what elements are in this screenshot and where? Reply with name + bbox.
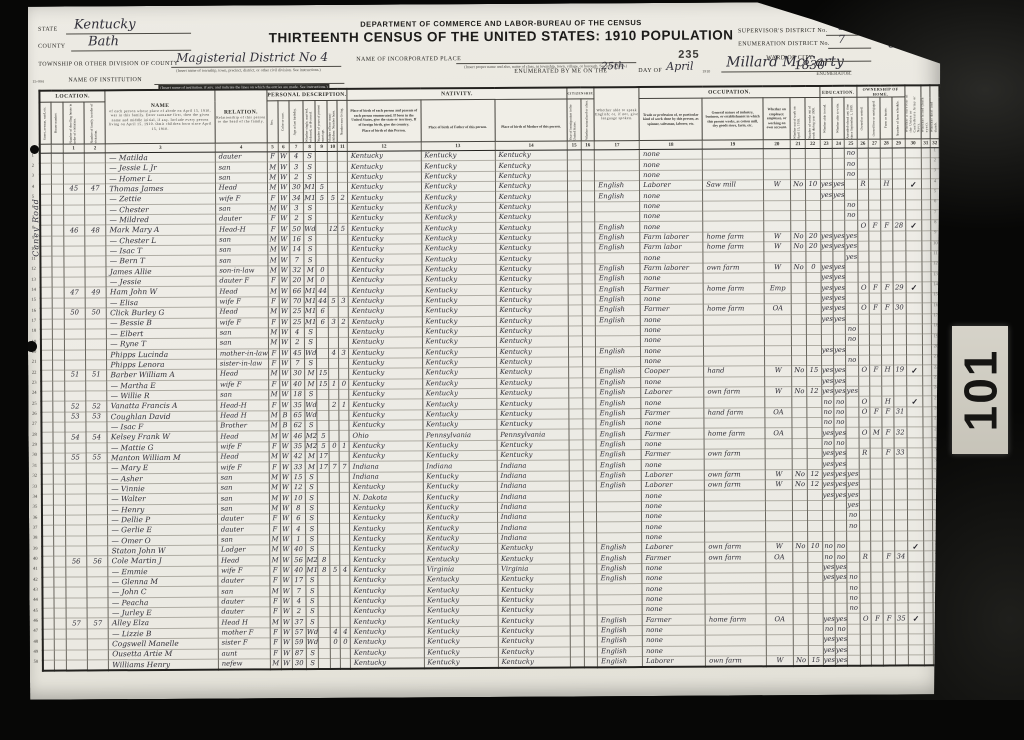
cell-employer [765, 511, 793, 522]
cell-owned-free [871, 531, 883, 541]
cell-color: W [280, 555, 291, 565]
cell-dwelling [63, 215, 84, 225]
cell-age: 66 [290, 286, 305, 296]
cell-name: — Elbert [107, 328, 217, 339]
cell-color: W [279, 379, 290, 389]
cell-language: English [596, 429, 641, 440]
line-number: 48 [30, 636, 42, 646]
cell-employer: OA [765, 407, 793, 418]
cell-pob-mother: Kentucky [496, 398, 568, 409]
cell-deaf [931, 344, 941, 354]
cell-pob-mother: Kentucky [496, 336, 568, 347]
col-age: Age at last birthday. [288, 101, 303, 143]
cell-street [43, 608, 55, 618]
cell-language: English [596, 315, 641, 326]
cell-read: yes [821, 304, 833, 314]
cell-children-born [328, 172, 338, 182]
cell-write: yes [834, 469, 846, 479]
cell-street [41, 412, 53, 422]
cell-trade: Farmer [641, 428, 704, 439]
cell-blind [922, 303, 931, 313]
cell-name: — Chester [106, 204, 216, 215]
cell-veteran: ✓ [907, 541, 924, 551]
cell-color: W [281, 659, 292, 669]
cell-pob: Kentucky [348, 203, 422, 214]
cell-trade: none [641, 397, 704, 408]
cell-marital: S [305, 389, 317, 399]
supervisor-rule [826, 34, 871, 36]
cell-language: English [596, 346, 641, 357]
cell-deaf [931, 220, 941, 230]
cell-trade: Laborer [642, 542, 705, 553]
cell-farm-schedule [892, 179, 905, 189]
cell-employer [766, 645, 794, 656]
cell-naturalized [581, 212, 595, 222]
cell-house [53, 350, 65, 360]
cell-farm-schedule [894, 469, 907, 479]
cell-years-married [317, 348, 329, 358]
cell-deaf [933, 551, 943, 561]
cell-street [40, 246, 52, 256]
cell-out-of-work [792, 376, 807, 386]
cell-industry: own farm [704, 449, 765, 460]
cell-marital: S [306, 607, 318, 617]
cell-owned-rented [859, 489, 871, 499]
cell-pob-father: Pennsylvania [422, 430, 496, 441]
cell-sex: M [269, 390, 280, 400]
cell-name: — Mildred [106, 214, 216, 225]
cell-owned-free [869, 189, 881, 199]
cell-pob-father: Kentucky [423, 440, 497, 451]
cell-weeks-out [807, 417, 822, 427]
cell-years-married: 6 [317, 307, 329, 317]
cell-relation: son-in-law [216, 266, 268, 277]
cell-pob-mother: Indiana [497, 491, 569, 502]
cell-name: — Willie R [107, 390, 217, 401]
cell-pob-father: Virginia [423, 564, 497, 575]
column-number: 14 [495, 141, 567, 150]
cell-immigration [570, 564, 584, 574]
cell-age: 70 [290, 296, 305, 306]
cell-children-living [340, 534, 350, 544]
cell-name: Kelsey Frank W [107, 431, 217, 442]
cell-sex: M [270, 586, 281, 596]
cell-farm-house [882, 376, 894, 386]
cell-weeks-out [808, 604, 823, 614]
cell-weeks-out: 15 [808, 655, 823, 665]
cell-language [597, 594, 642, 605]
cell-school: no [847, 593, 859, 603]
cell-street [41, 350, 53, 360]
cell-employer: OA [766, 552, 794, 563]
cell-immigration [570, 657, 584, 667]
cell-farm-schedule: 33 [894, 448, 907, 458]
cell-dwelling [63, 205, 84, 215]
cell-children-living [339, 306, 349, 316]
cell-blind [922, 313, 931, 323]
cell-pob-father: Kentucky [421, 150, 495, 161]
cell-street [42, 546, 54, 556]
cell-years-married [318, 503, 330, 513]
cell-house [52, 225, 64, 235]
cell-pob-father: Kentucky [422, 326, 496, 337]
cell-language: English [595, 274, 640, 285]
cell-street [42, 567, 54, 577]
cell-veteran [905, 200, 922, 210]
cell-street [40, 257, 52, 267]
institution-label: NAME OF INSTITUTION [68, 77, 142, 83]
cell-farm-schedule: 19 [893, 365, 906, 375]
cell-house [54, 639, 66, 649]
cell-read: yes [822, 469, 834, 479]
cell-blind [923, 417, 932, 427]
cell-years-married: 17 [318, 462, 330, 472]
cell-out-of-work: No [792, 366, 807, 376]
cell-farm-house [882, 438, 894, 448]
cell-trade: none [642, 573, 705, 584]
cell-weeks-out [807, 428, 822, 438]
cell-blind [924, 572, 933, 582]
cell-name: — Mary E [108, 462, 218, 473]
cell-school [848, 634, 860, 644]
cell-owned-free [871, 603, 883, 613]
cell-age: 35 [291, 441, 306, 451]
line-number: 22 [28, 367, 40, 377]
cell-family [86, 463, 107, 473]
cell-family: 48 [85, 225, 106, 235]
cell-relation: san [217, 472, 269, 483]
cell-street [42, 577, 54, 587]
cell-industry [704, 376, 765, 387]
cell-sex: M [269, 493, 280, 503]
cell-farm-house [882, 334, 894, 344]
cell-pob-father: Kentucky [423, 492, 497, 503]
cell-read: no [821, 397, 833, 407]
cell-deaf [932, 510, 942, 520]
supervisor-district-value: 8 [838, 20, 845, 33]
cell-employer [764, 221, 792, 232]
cell-children-born: 3 [329, 317, 339, 327]
cell-marital: S [306, 493, 318, 503]
cell-sex: M [268, 203, 279, 213]
cell-owned-rented: O [858, 303, 870, 313]
state-value: Kentucky [74, 17, 136, 32]
film-edge-left [0, 0, 28, 740]
cell-pob: Kentucky [349, 399, 423, 410]
cell-blind [922, 272, 931, 282]
cell-read [820, 169, 832, 179]
cell-dwelling [65, 494, 86, 504]
cell-read: yes [820, 231, 832, 241]
cell-write: yes [833, 241, 845, 251]
cell-pob-mother: Kentucky [496, 253, 568, 264]
cell-school [846, 293, 858, 303]
cell-street [42, 463, 54, 473]
cell-marital: Wd [304, 224, 316, 234]
cell-school [845, 262, 857, 272]
cell-owned-free [870, 314, 882, 324]
cell-owned-rented [859, 531, 871, 541]
cell-sex: M [268, 255, 279, 265]
cell-language [596, 336, 641, 347]
cell-blind [922, 199, 931, 209]
cell-owned-free [871, 572, 883, 582]
cell-weeks-out [806, 304, 821, 314]
cell-years-married: 5 [316, 193, 328, 203]
cell-color: W [279, 359, 290, 369]
cell-read [820, 159, 832, 169]
cell-naturalized [582, 357, 596, 367]
cell-blind [923, 365, 932, 375]
cell-family [86, 473, 107, 483]
cell-out-of-work: No [793, 542, 808, 552]
cell-name: — Henry [108, 504, 218, 515]
cell-farm-schedule [894, 458, 907, 468]
cell-language: English [597, 563, 642, 574]
cell-house [54, 629, 66, 639]
cell-deaf [931, 251, 941, 261]
cell-sex: F [270, 638, 281, 648]
column-number: 1 [63, 144, 84, 153]
cell-weeks-out: 15 [807, 366, 822, 376]
cell-street [41, 298, 53, 308]
col-sex: Sex. [267, 101, 278, 143]
cell-color: W [279, 348, 290, 358]
cell-street [41, 401, 53, 411]
cell-pob: Kentucky [349, 482, 423, 493]
cell-sex: F [268, 224, 279, 234]
cell-age: 25 [290, 317, 305, 327]
cell-trade: none [642, 646, 705, 657]
cell-pob-mother: Kentucky [497, 450, 569, 461]
cell-trade: Farmer [640, 284, 703, 295]
cell-employer [764, 314, 792, 325]
cell-trade: none [642, 604, 705, 615]
cell-marital: S [303, 152, 315, 162]
cell-marital: M [305, 451, 317, 461]
line-number: 28 [28, 429, 40, 439]
cell-farm-house [880, 158, 892, 168]
cell-years-married [319, 607, 331, 617]
cell-family [85, 298, 106, 308]
cell-sex: F [268, 276, 279, 286]
cell-pob: Kentucky [350, 606, 424, 617]
cell-read [822, 531, 834, 541]
cell-naturalized [582, 264, 596, 274]
cell-house [53, 360, 65, 370]
cell-write: yes [834, 386, 846, 396]
cell-industry [705, 500, 766, 511]
cell-pob-father: Kentucky [421, 233, 495, 244]
cell-street [40, 153, 52, 163]
cell-years-married [319, 658, 331, 668]
cell-employer [765, 376, 793, 387]
cell-marital: S [306, 545, 318, 555]
cell-children-born [330, 544, 340, 554]
cell-house [54, 536, 66, 546]
cell-veteran [907, 572, 924, 582]
cell-employer: OA [766, 614, 794, 625]
cell-house [54, 619, 66, 629]
cell-family [87, 515, 108, 525]
cell-school [846, 417, 858, 427]
group-personal: PERSONAL DESCRIPTION. [267, 89, 347, 101]
cell-out-of-work [791, 169, 806, 179]
cell-blind [924, 510, 933, 520]
cell-trade: none [642, 511, 705, 522]
cell-farm-house [881, 200, 893, 210]
cell-relation: dauter [218, 597, 270, 608]
cell-owned-free [872, 645, 884, 655]
cell-relation: san [216, 328, 268, 339]
cell-owned-free [870, 334, 882, 344]
cell-write: no [835, 541, 847, 551]
cell-house [53, 463, 65, 473]
cell-marital: S [304, 203, 316, 213]
cell-veteran [906, 344, 923, 354]
cell-industry [703, 273, 764, 284]
enumerator-label: ENUMERATOR. [816, 72, 851, 77]
cell-house [52, 194, 64, 204]
cell-pob-father: Kentucky [424, 616, 498, 627]
cell-age: 15 [291, 472, 306, 482]
enumerated-month: April [666, 60, 693, 73]
cell-relation: san [216, 235, 268, 246]
cell-employer [765, 500, 793, 511]
cell-blind [924, 593, 933, 603]
cell-years-married: 44 [317, 296, 329, 306]
cell-children-living [338, 182, 348, 192]
column-number: 13 [421, 141, 495, 150]
cell-industry: hand [704, 366, 765, 377]
cell-children-born [330, 555, 340, 565]
cell-trade: Farm laborer [640, 232, 703, 243]
cell-sex: F [267, 193, 278, 203]
cell-color: B [280, 410, 291, 420]
cell-weeks-out [807, 345, 822, 355]
cell-school: no [845, 210, 857, 220]
cell-marital: S [305, 358, 317, 368]
cell-children-born [331, 658, 341, 668]
cell-children-living [340, 575, 350, 585]
cell-street [41, 370, 53, 380]
cell-relation: Head [216, 307, 268, 318]
cell-children-born [330, 607, 340, 617]
cell-deaf [932, 499, 942, 509]
cell-employer: W [764, 262, 792, 273]
cell-immigration [569, 440, 583, 450]
cell-trade: none [641, 356, 704, 367]
cell-veteran [908, 655, 925, 665]
cell-pob: Indiana [349, 461, 423, 472]
cell-write [835, 583, 847, 593]
cell-farm-schedule [894, 500, 907, 510]
cell-family: 47 [85, 184, 106, 194]
cell-farm-house [881, 314, 893, 324]
state-label: STATE [38, 27, 58, 33]
cell-farm-house [881, 231, 893, 241]
cell-out-of-work [791, 221, 806, 231]
enumeration-rule [828, 47, 871, 49]
column-number: 15 [567, 141, 581, 150]
cell-children-born: 0 [329, 441, 339, 451]
cell-employer [765, 397, 793, 408]
cell-age: 1 [291, 534, 306, 544]
cell-pob: Kentucky [350, 523, 424, 534]
cell-name: Cogswell Manelle [109, 638, 219, 649]
cell-farm-house [883, 572, 895, 582]
col-veteran: Whether a survivor of the Union or Confe… [904, 85, 921, 139]
cell-veteran [905, 189, 922, 199]
column-number: 9 [316, 142, 328, 151]
cell-relation: wife F [217, 462, 269, 473]
cell-write [834, 355, 846, 365]
cell-owned-free [872, 655, 884, 665]
cell-years-married [316, 162, 328, 172]
cell-street [40, 205, 52, 215]
cell-sex: F [268, 348, 279, 358]
cell-immigration [568, 253, 582, 263]
cell-immigration [569, 346, 583, 356]
cell-years-married [316, 172, 328, 182]
cell-marital: S [303, 162, 315, 172]
cell-read: yes [823, 562, 835, 572]
cell-years-married [317, 389, 329, 399]
cell-industry [705, 583, 766, 594]
cell-street [40, 163, 52, 173]
cell-school [847, 459, 859, 469]
col-owned-free: Owned free or mortgaged. [868, 97, 880, 139]
cell-color: W [279, 255, 290, 265]
cell-pob-mother: Kentucky [496, 274, 568, 285]
cell-naturalized [583, 553, 597, 563]
col-children-living: Number now living. [337, 100, 347, 142]
cell-marital: M1 [304, 183, 316, 193]
film-reel-number: 101 [953, 349, 1007, 432]
cell-veteran [908, 644, 925, 654]
cell-name: Click Burley G [107, 307, 217, 318]
cell-out-of-work [792, 397, 807, 407]
cell-owned-free [871, 541, 883, 551]
cell-relation: san [216, 338, 268, 349]
cell-weeks-out [806, 211, 821, 221]
cell-industry [703, 190, 764, 201]
cell-immigration [569, 491, 583, 501]
cell-color: W [279, 369, 290, 379]
cell-immigration [569, 408, 583, 418]
cell-relation: dauter [215, 152, 267, 163]
cell-house [54, 598, 66, 608]
cell-street [42, 588, 54, 598]
col-immigration: Year of immigration to the United States… [567, 99, 581, 141]
cell-children-living [340, 524, 350, 534]
cell-owned-free [871, 510, 883, 520]
cell-out-of-work [792, 449, 807, 459]
cell-out-of-work [791, 252, 806, 262]
cell-age: 2 [290, 338, 305, 348]
cell-farm-schedule [892, 148, 905, 158]
cell-street [42, 557, 54, 567]
cell-relation: Lodger [217, 545, 269, 556]
cell-farm-schedule: 28 [893, 220, 906, 230]
cell-read: yes [823, 655, 835, 665]
cell-farm-schedule [893, 344, 906, 354]
cell-pob-mother: Kentucky [497, 419, 569, 430]
cell-pob: Kentucky [348, 285, 422, 296]
cell-employer: W [764, 366, 792, 377]
cell-pob-mother: Kentucky [495, 212, 567, 223]
cell-marital: S [306, 514, 318, 524]
